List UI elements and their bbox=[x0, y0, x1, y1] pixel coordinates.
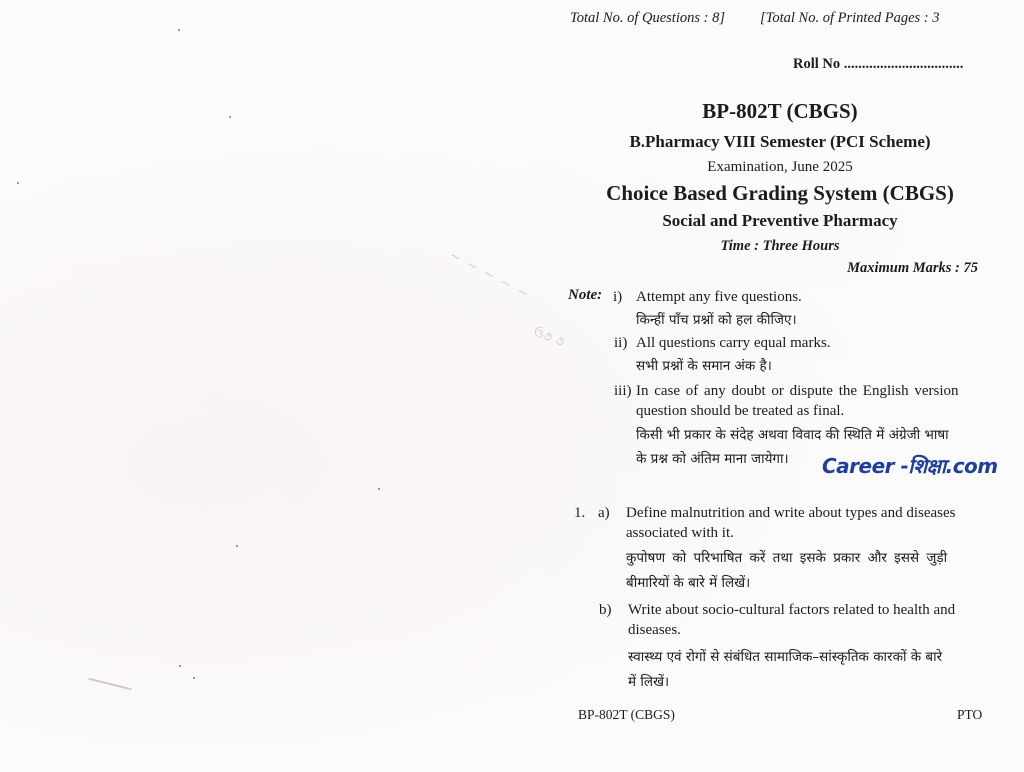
question-1a-hindi-line2: बीमारियों के बारे में लिखें। bbox=[626, 573, 750, 591]
note-iii-hindi-line2: के प्रश्न को अंतिम माना जायेगा। bbox=[636, 449, 789, 467]
question-1-number: 1. bbox=[574, 503, 585, 523]
watermark-logo: Career -शिक्षा.com bbox=[822, 452, 998, 479]
total-questions: Total No. of Questions : 8] bbox=[570, 10, 725, 27]
question-1b-hindi-line2: में लिखें। bbox=[628, 672, 669, 690]
dust-speck bbox=[193, 677, 195, 679]
note-i-hindi: किन्हीं पाँच प्रश्नों को हल कीजिए। bbox=[636, 310, 797, 328]
dust-speck bbox=[229, 116, 231, 118]
note-i-number: i) bbox=[613, 287, 622, 307]
dust-speck bbox=[378, 488, 380, 490]
note-ii-number: ii) bbox=[614, 333, 627, 353]
note-iii-number: iii) bbox=[614, 381, 632, 401]
dust-speck bbox=[17, 182, 19, 184]
question-1a-hindi-line1: कुपोषण को परिभाषित करें तथा इसके प्रकार … bbox=[626, 548, 947, 566]
footer-paper-code: BP-802T (CBGS) bbox=[578, 707, 675, 723]
note-iii-hindi-line1: किसी भी प्रकार के संदेह अथवा विवाद की स्… bbox=[636, 425, 949, 443]
paper-code: BP-802T (CBGS) bbox=[560, 99, 1000, 124]
time-allowed: Time : Three Hours bbox=[560, 238, 1000, 255]
note-iii-english-line1: In case of any doubt or dispute the Engl… bbox=[636, 381, 959, 401]
note-label: Note: bbox=[568, 287, 602, 304]
course-name: B.Pharmacy VIII Semester (PCI Scheme) bbox=[560, 132, 1000, 152]
footer-pto: PTO bbox=[957, 707, 982, 723]
question-1b-english-line2: diseases. bbox=[628, 620, 681, 640]
note-ii-english: All questions carry equal marks. bbox=[636, 333, 831, 353]
subject-title: Social and Preventive Pharmacy bbox=[560, 211, 1000, 231]
exam-session: Examination, June 2025 bbox=[560, 159, 1000, 176]
grading-system: Choice Based Grading System (CBGS) bbox=[560, 181, 1000, 206]
note-i-english: Attempt any five questions. bbox=[636, 287, 802, 307]
note-ii-hindi: सभी प्रश्नों के समान अंक है। bbox=[636, 356, 772, 374]
total-pages: [Total No. of Printed Pages : 3 bbox=[760, 10, 940, 27]
question-1a-label: a) bbox=[598, 503, 610, 523]
maximum-marks: Maximum Marks : 75 bbox=[847, 260, 978, 277]
dust-speck bbox=[178, 29, 180, 31]
question-1a-english-line1: Define malnutrition and write about type… bbox=[626, 503, 956, 523]
question-1b-hindi-line1: स्वास्थ्य एवं रोगों से संबंधित सामाजिक–स… bbox=[628, 647, 942, 665]
dust-speck bbox=[236, 545, 238, 547]
question-1b-english-line1: Write about socio-cultural factors relat… bbox=[628, 600, 955, 620]
dust-speck bbox=[179, 665, 181, 667]
question-1a-english-line2: associated with it. bbox=[626, 523, 734, 543]
note-iii-english-line2: question should be treated as final. bbox=[636, 401, 844, 421]
roll-number-field: Roll No ................................… bbox=[793, 56, 963, 73]
question-1b-label: b) bbox=[599, 600, 612, 620]
